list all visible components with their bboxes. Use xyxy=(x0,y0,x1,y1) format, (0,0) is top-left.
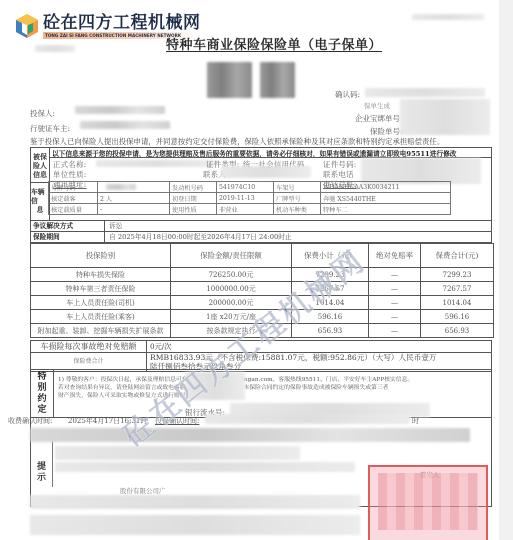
redacted-text xyxy=(412,14,484,20)
premium-total-line1: RMB16833.93元（不含税保费:15881.07元，税额:952.86元）… xyxy=(150,353,437,362)
redacted-qr-code xyxy=(207,62,252,98)
policyholder-label: 投保人: xyxy=(30,108,55,119)
table-row: 核定载质量 - 使用性质 非营业 机动车种类 特种车二 xyxy=(49,204,451,215)
vehicle-info-table: 号牌号码 发动机号码 541974C10 车架号 WDANHCAA3K00342… xyxy=(48,181,451,215)
period-row: 保险期间 自 2025年4月18日00:00时起至2026年4月17日 24:0… xyxy=(30,232,492,243)
table-row: 车上人员责任险(司机) 200000.00元 1014.04 — 1014.04 xyxy=(31,296,494,310)
vehicle-owner-label: 行驶证车主: xyxy=(30,123,70,134)
logo-name-cn: 砼在四方工程机械网 xyxy=(43,14,201,32)
redacted-contact xyxy=(221,166,311,178)
redacted-insured-name xyxy=(96,160,216,167)
premium-confirm-time: 2025年4月17日16:31时 xyxy=(68,416,147,426)
scrollbar[interactable] xyxy=(499,0,513,540)
coverage-table: 投保险别 保险金额/责任限额 保费小计（元） 绝对免赔率 保费合计(元) 特种车… xyxy=(30,243,494,338)
table-row: 特种车第三者责任保险 1000000.00元 7267.57 — 7267.57 xyxy=(31,282,494,296)
deductible-value: 0元/次 xyxy=(147,341,171,352)
redacted-tips xyxy=(30,428,470,442)
redacted-footer xyxy=(30,515,360,535)
dispute-row: 争议解决方式 诉讼 xyxy=(30,221,492,232)
dispute-value: 诉讼 xyxy=(105,221,122,231)
table-header-row: 投保险别 保险金额/责任限额 保费小计（元） 绝对免赔率 保费合计(元) xyxy=(31,244,494,268)
logo-cube-icon xyxy=(14,13,40,39)
deductible-row: 车损险每次事故绝对免赔额 0元/次 xyxy=(31,340,491,352)
table-row: 附加起重、装卸、挖掘车辆损失扩展条款 按条款规定执行 656.93 — 656.… xyxy=(31,324,494,338)
confirm-code-label: 确认码: xyxy=(335,89,360,100)
company-seal xyxy=(368,465,488,540)
confirm-code-value xyxy=(365,88,485,97)
table-row: 特种车损失保险 726250.00元 7299.23 — 7299.23 xyxy=(31,268,494,282)
period-label: 保险期间 xyxy=(31,232,105,242)
header-right-label: 保单生成 xyxy=(364,101,390,110)
enterprise-binding-label: 企业宝绑单号 xyxy=(355,113,400,124)
redacted-footer xyxy=(30,495,360,509)
redacted-text xyxy=(185,372,245,400)
vehicle-owner-value xyxy=(80,121,170,129)
premium-confirm-label: 收费确认时间: xyxy=(8,416,52,426)
redacted-policy-info xyxy=(400,99,490,135)
table-row: 号牌号码 发动机号码 541974C10 车架号 WDANHCAA3K00342… xyxy=(49,182,451,193)
period-value: 自 2025年4月18日00:00时起至2026年4月17日 24:00时止 xyxy=(105,232,292,242)
insured-side-label: 被保 险人 信息 xyxy=(31,148,50,182)
insured-notice: 以下信息来源于您的投保申请，是为您提供理赔及售后服务的重要依据，请务必仔细核对，… xyxy=(49,148,491,158)
redacted-text xyxy=(35,45,75,52)
time-suffix: 时 xyxy=(412,416,419,426)
dispute-label: 争议解决方式 xyxy=(31,221,105,231)
document-title: 特种车商业保险保险单（电子保单） xyxy=(166,34,382,53)
deductible-label: 车损险每次事故绝对免赔额 xyxy=(31,341,147,352)
tips-label: 提 示 xyxy=(31,441,53,487)
policy-clause: 鉴于投保人已向保险人提出投保申请，并同意按约定交付保险费，保险人依照承保险种及其… xyxy=(30,137,444,147)
special-terms-label: 特 别 约 定 xyxy=(31,370,54,417)
table-row: 核定载客 2 人 初登日期 2019-11-13 厂牌型号 奔驰 XS5440T… xyxy=(49,193,451,204)
policyholder-value xyxy=(75,106,165,114)
redacted-policy-confirm-time xyxy=(205,414,410,424)
redacted-tips xyxy=(55,446,300,460)
totals-box: 车损险每次事故绝对免赔额 0元/次 保险费合计 RMB16833.93元（不含税… xyxy=(30,340,492,372)
policy-number-label: 保险单号: xyxy=(370,126,403,137)
policy-confirm-label: 投保确认时间: xyxy=(155,416,199,426)
redacted-tips xyxy=(55,462,355,472)
company-fragment: 股份有限公司广 xyxy=(120,486,166,495)
redacted-qr-code xyxy=(260,62,295,98)
table-row: 车上人员责任险(乘客) 1座 x20万元/座 596.16 — 596.16 xyxy=(31,310,494,324)
